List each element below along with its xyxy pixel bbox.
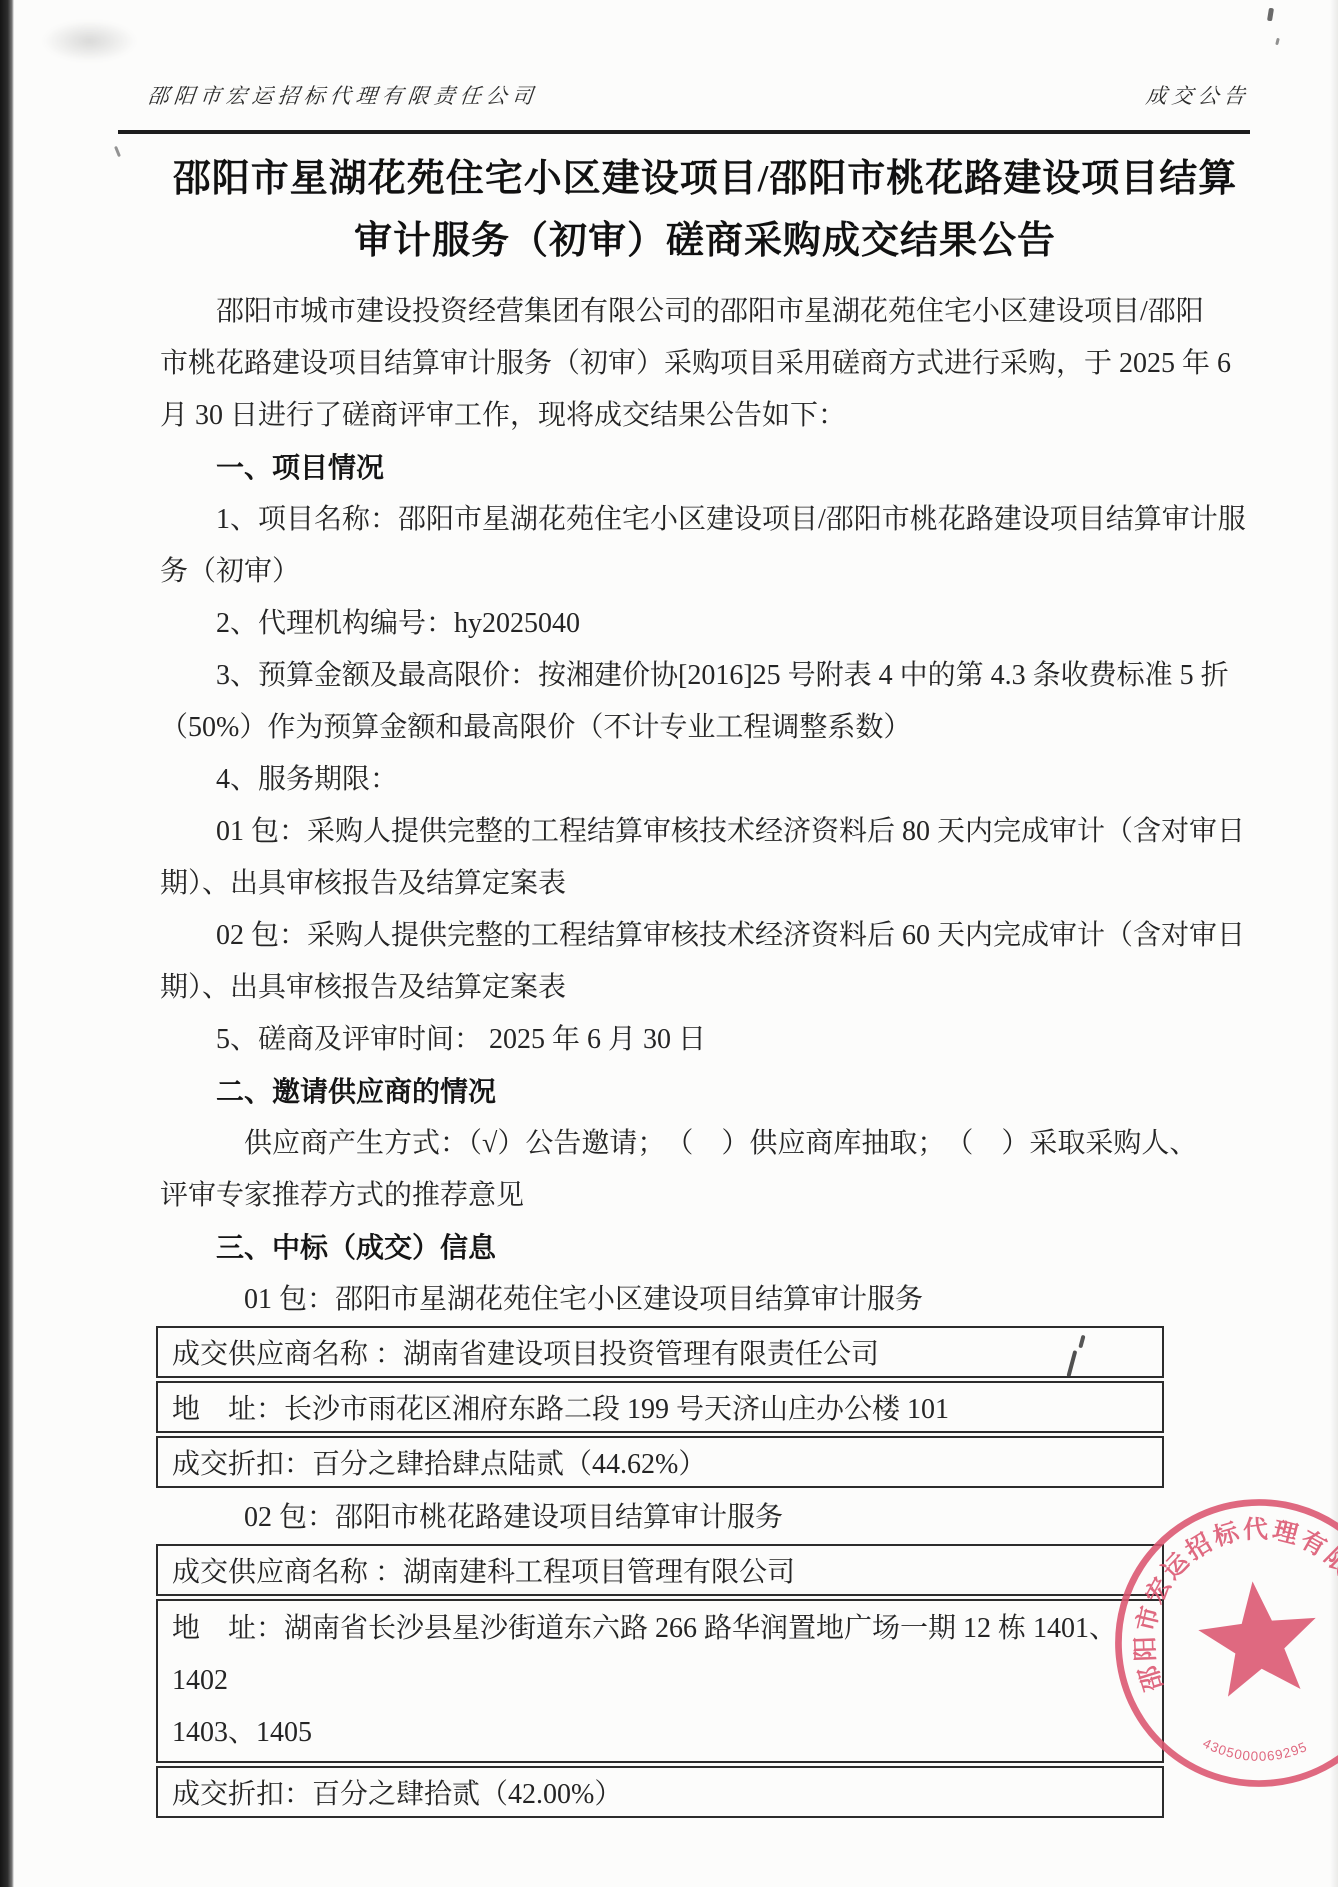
seal-star-icon [1194,1575,1323,1699]
header-company-name: 邵阳市宏运招标代理有限责任公司 [146,80,539,110]
table-row-address: 地 址：长沙市雨花区湘府东路二段 199 号天济山庄办公楼 101 [156,1381,1164,1433]
list-item: 2、代理机构编号：hy2025040 [160,598,1250,650]
list-item: 期）、出具审核报告及结算定案表 [160,858,1250,910]
intro-line: 月 30 日进行了磋商评审工作，现将成交结果公告如下： [160,390,1250,442]
document-content: 邵阳市宏运招标代理有限责任公司 成交公告 邵阳市星湖花苑住宅小区建设项目/邵阳市… [160,0,1250,1818]
section2-heading: 二、邀请供应商的情况 [160,1066,1250,1118]
address-line: 1403、1405 [172,1707,1148,1759]
page-header: 邵阳市宏运招标代理有限责任公司 成交公告 [118,80,1250,134]
list-item: 4、服务期限： [160,754,1250,806]
supplier-method-line: 评审专家推荐方式的推荐意见 [160,1170,1250,1222]
table-row-discount: 成交折扣：百分之肆拾肆点陆贰（44.62%） [156,1436,1164,1488]
package2-result-table: 成交供应商名称 ：湖南建科工程项目管理有限公司 地 址：湖南省长沙县星沙街道东六… [156,1544,1164,1818]
table-row-discount: 成交折扣：百分之肆拾贰（42.00%） [156,1766,1164,1818]
package1-result-table: 成交供应商名称 ：湖南省建设项目投资管理有限责任公司 地 址：长沙市雨花区湘府东… [156,1326,1164,1488]
list-item: 01 包：采购人提供完整的工程结算审核技术经济资料后 80 天内完成审计（含对审… [160,806,1250,858]
list-item: 务（初审） [160,546,1250,598]
list-item: 期）、出具审核报告及结算定案表 [160,962,1250,1014]
list-item: 02 包：采购人提供完整的工程结算审核技术经济资料后 60 天内完成审计（含对审… [160,910,1250,962]
intro-line: 邵阳市城市建设投资经营集团有限公司的邵阳市星湖花苑住宅小区建设项目/邵阳 [160,286,1250,338]
list-item: （50%）作为预算金额和最高限价（不计专业工程调整系数） [160,702,1250,754]
svg-text:4305000069295: 4305000069295 [1199,1725,1310,1770]
document-body: 邵阳市城市建设投资经营集团有限公司的邵阳市星湖花苑住宅小区建设项目/邵阳 市桃花… [160,286,1250,1818]
table-row-supplier: 成交供应商名称 ：湖南省建设项目投资管理有限责任公司 [156,1326,1164,1378]
document-title-line1: 邵阳市星湖花苑住宅小区建设项目/邵阳市桃花路建设项目结算 [160,148,1250,210]
document-title: 邵阳市星湖花苑住宅小区建设项目/邵阳市桃花路建设项目结算 审计服务（初审）磋商采… [160,148,1250,272]
scan-smudge-artifact [42,20,137,62]
table-row-address: 地 址：湖南省长沙县星沙街道东六路 266 路华润置地广场一期 12 栋 140… [156,1599,1164,1763]
intro-line: 市桃花路建设项目结算审计服务（初审）采购项目采用磋商方式进行采购，于 2025 … [160,338,1250,390]
scanned-document-page: 邵阳市宏运招标代理有限责任公司 成交公告 邵阳市星湖花苑住宅小区建设项目/邵阳市… [0,0,1338,1887]
package2-title: 02 包：邵阳市桃花路建设项目结算审计服务 [160,1492,1250,1544]
table-row-supplier: 成交供应商名称 ：湖南建科工程项目管理有限公司 [156,1544,1164,1596]
seal-serial-text: 4305000069295 [1199,1725,1310,1770]
margin-tick-mark [114,146,121,157]
scan-speck-artifact [1267,8,1274,22]
address-line: 地 址：湖南省长沙县星沙街道东六路 266 路华润置地广场一期 12 栋 140… [172,1603,1148,1707]
package1-title: 01 包：邵阳市星湖花苑住宅小区建设项目结算审计服务 [160,1274,1250,1326]
list-item: 5、磋商及评审时间： 2025 年 6 月 30 日 [160,1014,1250,1066]
section1-heading: 一、项目情况 [160,442,1250,494]
header-doc-type: 成交公告 [1144,80,1251,110]
supplier-method-line: 供应商产生方式：（√）公告邀请； （ ）供应商库抽取； （ ）采取采购人、 [160,1118,1250,1170]
list-item: 3、预算金额及最高限价：按湘建价协[2016]25 号附表 4 中的第 4.3 … [160,650,1250,702]
company-seal-stamp: 邵阳市宏运招标代理有限责任公司 4305000069295 [1089,1473,1338,1814]
section3-heading: 三、中标（成交）信息 [160,1222,1250,1274]
list-item: 1、项目名称：邵阳市星湖花苑住宅小区建设项目/邵阳市桃花路建设项目结算审计服 [160,494,1250,546]
document-title-line2: 审计服务（初审）磋商采购成交结果公告 [160,210,1250,272]
scan-edge-artifact [0,0,14,1887]
scan-speck-artifact [1275,38,1280,46]
